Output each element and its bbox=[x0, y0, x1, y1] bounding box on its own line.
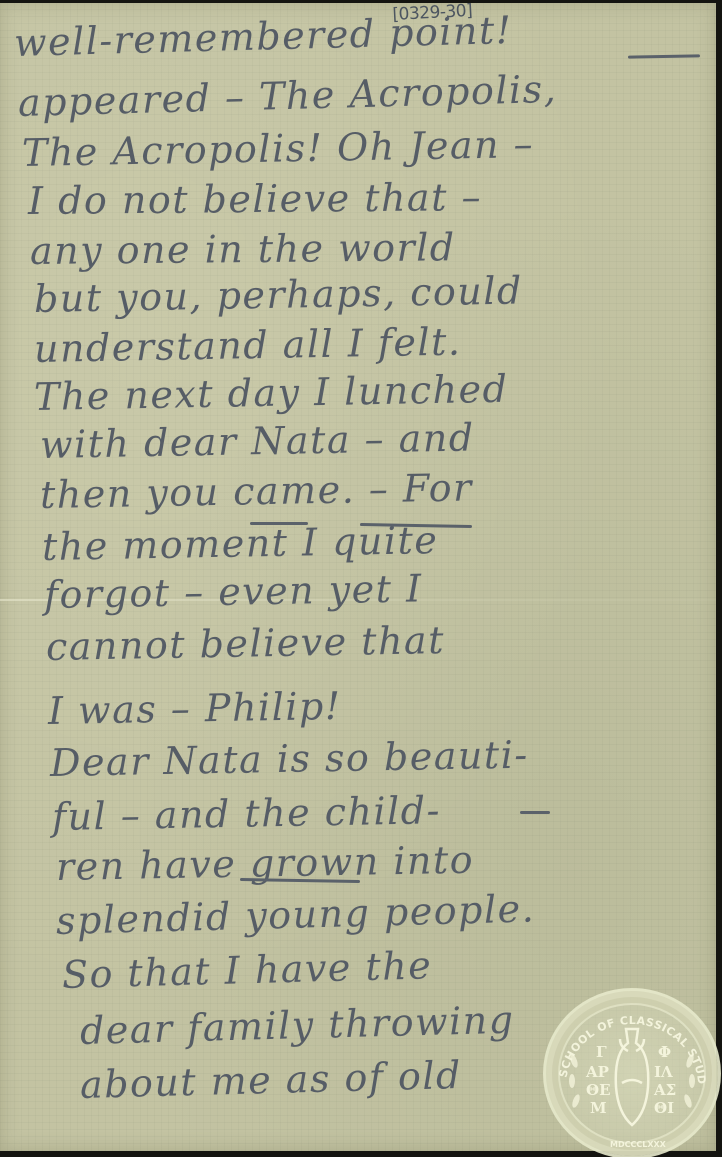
letter-line-21: about me as of old bbox=[79, 1053, 462, 1107]
underline-mark-you bbox=[250, 522, 308, 525]
letter-line-21-text: about me as of old bbox=[79, 1053, 462, 1107]
underline-mark-so bbox=[520, 811, 550, 814]
letter-line-15-text: Dear Nata is so beauti- bbox=[50, 733, 529, 785]
letter-page: [0329-30] well-remembered point! appeare… bbox=[0, 3, 716, 1151]
letter-line-6-text: but you, perhaps, could bbox=[34, 268, 524, 321]
letter-line-13: cannot believe that bbox=[46, 618, 446, 669]
letter-line-12-text: forgot – even yet I bbox=[44, 566, 423, 617]
letter-line-4-text: I do not believe that – bbox=[28, 175, 482, 223]
letter-line-18: splendid young people. bbox=[55, 886, 535, 943]
amphora-icon bbox=[616, 1029, 649, 1125]
underline-mark-point bbox=[628, 54, 700, 58]
letter-line-14-text: I was – Philip! bbox=[48, 684, 342, 733]
letter-line-14: I was – Philip! bbox=[48, 684, 342, 733]
letter-line-6: but you, perhaps, could bbox=[34, 268, 524, 321]
letter-line-2: appeared – The Acropolis, bbox=[17, 67, 557, 125]
letter-line-7-text: understand all I felt. bbox=[34, 320, 462, 371]
seal-graphic: SCHOOL OF CLASSICAL STUDIES AT Γ ΑΡ ΘΕ Μ… bbox=[546, 991, 718, 1156]
letter-line-2-text: appeared – The Acropolis, bbox=[17, 67, 557, 125]
seal-date-text: MDCCCLXXX bbox=[610, 1140, 667, 1149]
letter-line-20: dear family throwing bbox=[79, 998, 515, 1053]
letter-line-3: The Acropolis! Oh Jean – bbox=[22, 122, 535, 175]
letter-line-8: The next day I lunched bbox=[34, 367, 509, 419]
letter-line-18-text: splendid young people. bbox=[55, 886, 535, 943]
letter-line-10-text: then you came. – For bbox=[40, 465, 473, 517]
seal-greek-left-4: Μ bbox=[590, 1099, 607, 1117]
seal-greek-right-4: ΘΙ bbox=[654, 1099, 674, 1117]
seal-greek-right-3: ΑΣ bbox=[653, 1081, 676, 1099]
letter-line-1: well-remembered point! bbox=[13, 8, 513, 65]
letter-line-4: I do not believe that – bbox=[28, 175, 482, 223]
seal-greek-right-1: Φ bbox=[658, 1043, 671, 1061]
embossed-seal: SCHOOL OF CLASSICAL STUDIES AT Γ ΑΡ ΘΕ Μ… bbox=[543, 988, 721, 1157]
letter-line-20-text: dear family throwing bbox=[79, 998, 515, 1053]
letter-line-8-text: The next day I lunched bbox=[34, 367, 509, 419]
letter-line-16-text: ful – and the child- bbox=[52, 788, 442, 839]
letter-line-5: any one in the world bbox=[30, 225, 456, 273]
seal-greek-left-3: ΘΕ bbox=[586, 1081, 611, 1099]
letter-line-13-text: cannot believe that bbox=[46, 618, 446, 669]
letter-line-16: ful – and the child- bbox=[52, 788, 442, 839]
seal-greek-left-2: ΑΡ bbox=[585, 1063, 609, 1081]
letter-line-19-text: So that I have the bbox=[61, 943, 432, 997]
seal-greek-right-2: ΙΛ bbox=[654, 1063, 673, 1081]
letter-line-7: understand all I felt. bbox=[34, 320, 462, 371]
seal-greek-left-1: Γ bbox=[596, 1043, 607, 1061]
letter-line-3-text: The Acropolis! Oh Jean – bbox=[22, 122, 535, 175]
letter-line-9-text: with dear Nata – and bbox=[40, 415, 475, 467]
letter-line-19: So that I have the bbox=[61, 943, 432, 997]
letter-line-12: forgot – even yet I bbox=[44, 566, 423, 617]
scan-frame: [0329-30] well-remembered point! appeare… bbox=[0, 0, 722, 1157]
letter-line-1-text: well-remembered point! bbox=[13, 8, 513, 65]
letter-line-5-text: any one in the world bbox=[30, 225, 456, 273]
letter-line-15: Dear Nata is so beauti- bbox=[50, 733, 529, 785]
letter-line-10: then you came. – For bbox=[40, 465, 473, 517]
letter-line-9: with dear Nata – and bbox=[40, 415, 475, 467]
